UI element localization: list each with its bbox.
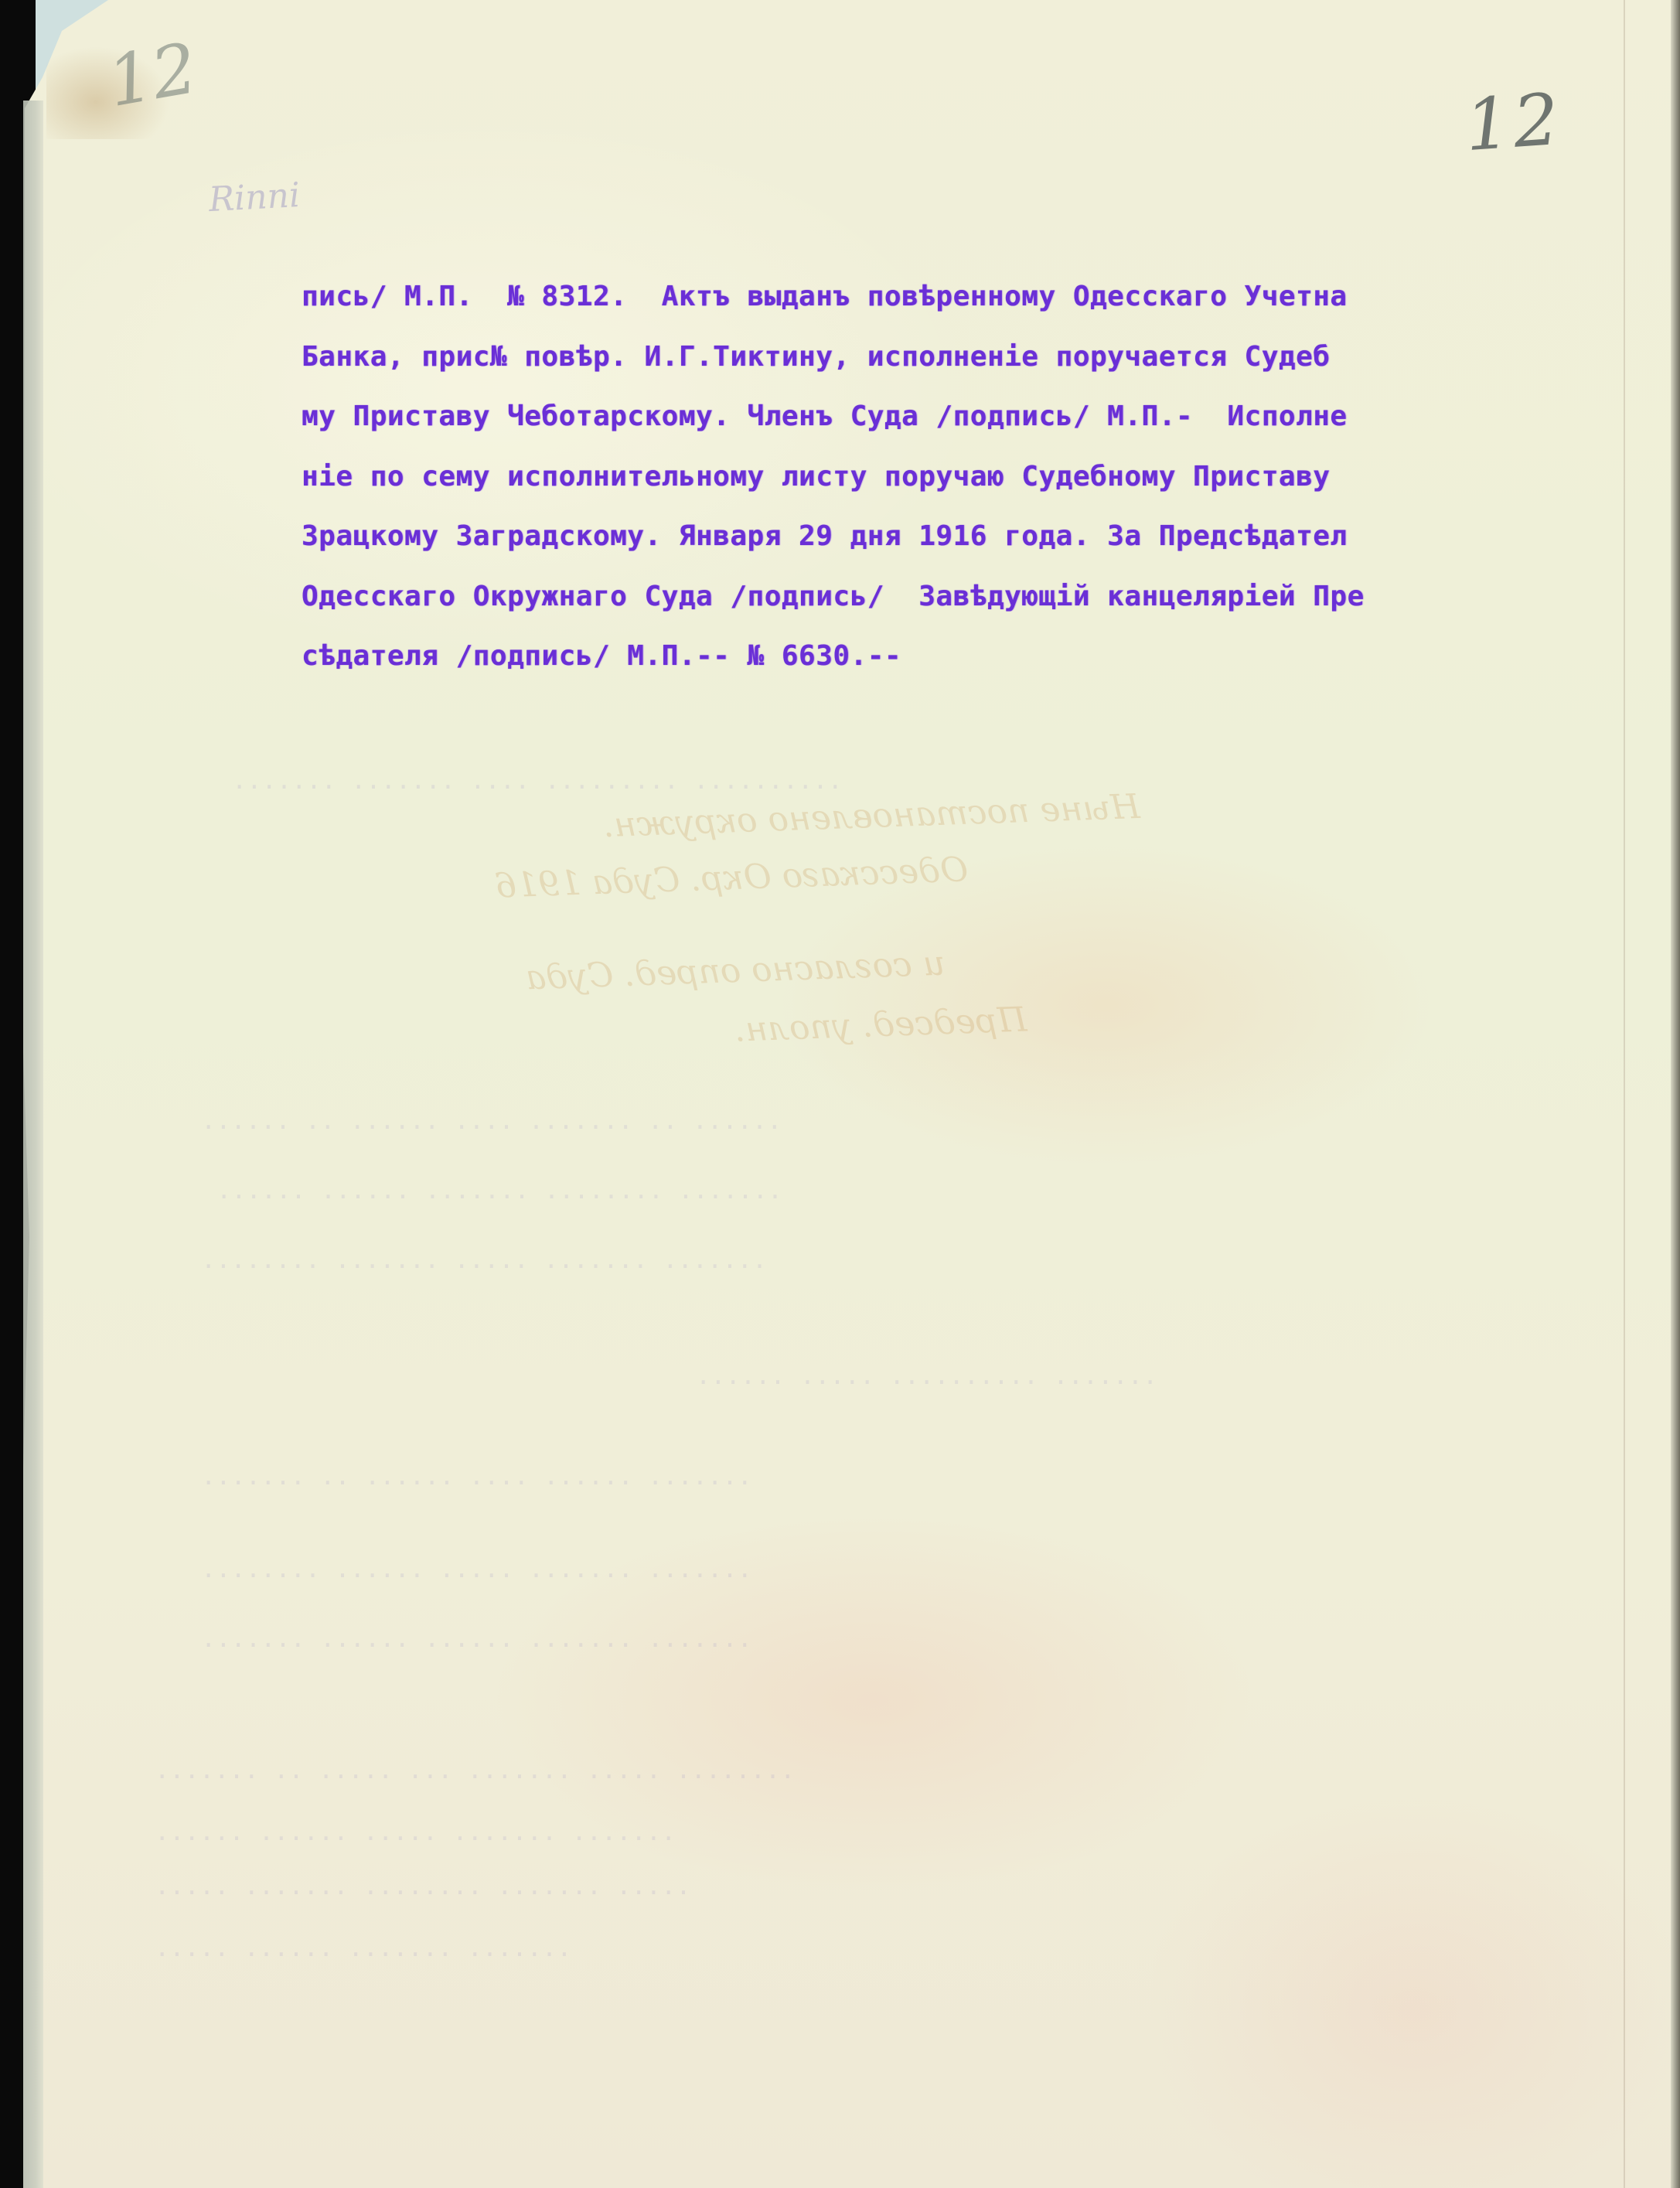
typed-line: му Приставу Чеботарскому. Членъ Суда /по… [302, 387, 1678, 447]
corner-pencil-number: 12 [102, 28, 203, 123]
typed-line: сѣдателя /подпись/ М.П.-- № 6630.-- [302, 626, 1678, 687]
left-edge-strip [23, 101, 43, 2188]
typed-line: нiе по сему исполнительному листу поруча… [302, 447, 1678, 507]
typed-line: Одесскаго Окружнаго Суда /подпись/ Завѣд… [302, 567, 1678, 627]
folio-number: 12 [1462, 78, 1564, 167]
faint-annotation: Rinni [208, 176, 301, 220]
typed-line: пись/ М.П. № 8312. Актъ выданъ повѣренно… [302, 267, 1678, 327]
typed-line: Банка, прис№ повѣр. И.Г.Тиктину, исполне… [302, 327, 1678, 387]
typed-line: Зрацкому Заградскому. Января 29 дня 1916… [302, 506, 1678, 567]
typed-text-block: пись/ М.П. № 8312. Актъ выданъ повѣренно… [302, 267, 1678, 687]
